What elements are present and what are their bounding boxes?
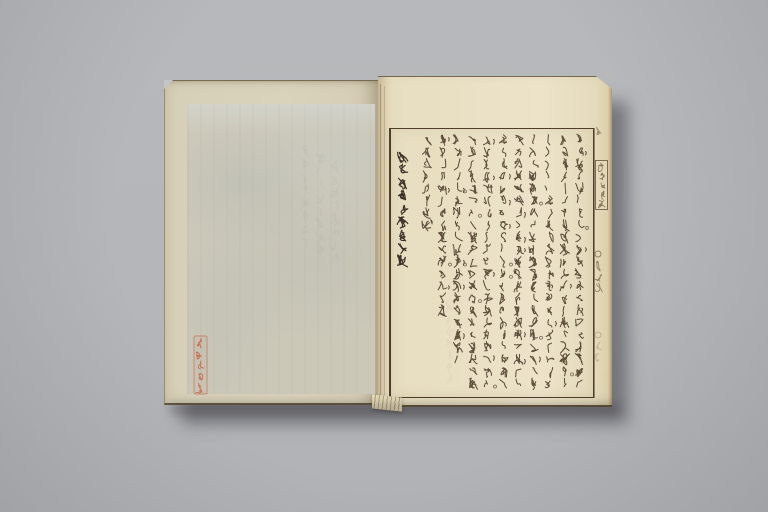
- contact-shadow: [170, 404, 620, 414]
- collector-seal-stamp: [165, 81, 378, 403]
- gutter-page-edge: [380, 84, 381, 402]
- gutter-inscription-layer: [378, 77, 612, 405]
- seal-characters: [192, 335, 213, 397]
- right-text-page: [378, 76, 612, 407]
- gutter-inscription: [393, 148, 416, 271]
- photo-scene: [0, 0, 768, 512]
- fore-edge-fold: [608, 77, 612, 405]
- left-blank-page: [164, 80, 378, 405]
- gutter-page-edge: [384, 86, 385, 400]
